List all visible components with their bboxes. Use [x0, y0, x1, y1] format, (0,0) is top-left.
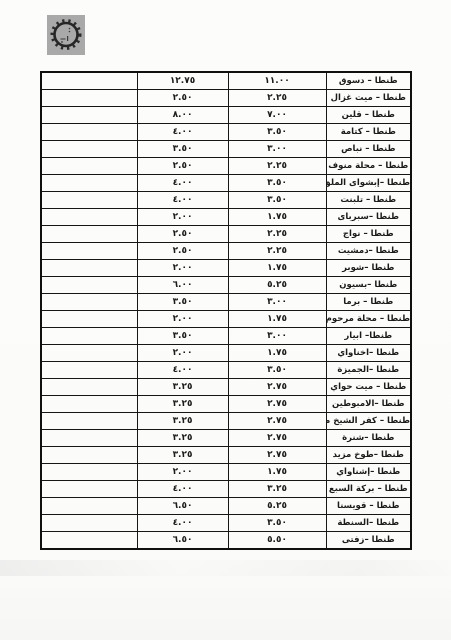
table-row: ٢.٠٠١.٧٥طنطا –سبرباى	[41, 209, 411, 226]
fare-low-cell: ٣.٥٠	[228, 175, 326, 192]
fare-high-cell: ٣.٥٠	[137, 328, 228, 345]
notes-cell	[41, 498, 137, 515]
table-row: ٤.٠٠٣.٥٠طنطا – تلبنت	[41, 192, 411, 209]
notes-cell	[41, 209, 137, 226]
notes-cell	[41, 260, 137, 277]
fare-low-cell: ٥.٥٠	[228, 532, 326, 550]
fare-low-cell: ٣.٠٠	[228, 294, 326, 311]
table-row: ٤.٠٠٣.٥٠طنطا –الجميزة	[41, 362, 411, 379]
table-row: ٣.٢٥٢.٧٥طنطا –الامبوطين	[41, 396, 411, 413]
gear-emblem-icon	[47, 15, 85, 55]
fare-low-cell: ٢.٧٥	[228, 447, 326, 464]
route-cell: طنطا –السنطة	[326, 515, 411, 532]
fare-high-cell: ٣.٢٥	[137, 413, 228, 430]
fare-high-cell: ٨.٠٠	[137, 107, 228, 124]
notes-cell	[41, 413, 137, 430]
table-row: ٦.٥٠٥.٥٠طنطا –زفتى	[41, 532, 411, 550]
route-cell: طنطا – تلبنت	[326, 192, 411, 209]
fare-low-cell: ٣.٠٠	[228, 328, 326, 345]
scanned-document-page: ١٢.٧٥١١.٠٠طنطا – دسوق٢.٥٠٢.٢٥طنطا – ميت …	[0, 0, 451, 640]
notes-cell	[41, 72, 137, 90]
fare-high-cell: ٤.٠٠	[137, 362, 228, 379]
fare-high-cell: ٣.٥٠	[137, 294, 228, 311]
fare-high-cell: ٤.٠٠	[137, 175, 228, 192]
table-row: ٤.٠٠٣.٥٠طنطا – كتامة	[41, 124, 411, 141]
fare-high-cell: ٣.٢٥	[137, 447, 228, 464]
route-cell: طنطا – كتامة	[326, 124, 411, 141]
route-cell: طنطا – قلين	[326, 107, 411, 124]
fare-high-cell: ٢.٠٠	[137, 345, 228, 362]
notes-cell	[41, 515, 137, 532]
fare-high-cell: ٢.٥٠	[137, 158, 228, 175]
fare-low-cell: ١.٧٥	[228, 464, 326, 481]
notes-cell	[41, 464, 137, 481]
table-row: ٢.٥٠٢.٢٥طنطا – نواج	[41, 226, 411, 243]
table-row: ٤.٠٠٣.٢٥طنطا – بركة السبع	[41, 481, 411, 498]
notes-cell	[41, 175, 137, 192]
fares-table-body: ١٢.٧٥١١.٠٠طنطا – دسوق٢.٥٠٢.٢٥طنطا – ميت …	[41, 72, 411, 549]
route-cell: طنطا –إبشواى الملق	[326, 175, 411, 192]
fare-high-cell: ٤.٠٠	[137, 192, 228, 209]
route-cell: طنطا– ابيار	[326, 328, 411, 345]
fare-high-cell: ٦.٥٠	[137, 532, 228, 550]
table-row: ٣.٢٥٢.٧٥طنطا – كفر الشيخ مفتاح	[41, 413, 411, 430]
route-cell: طنطا – محلة مرحوم	[326, 311, 411, 328]
notes-cell	[41, 192, 137, 209]
table-row: ٤.٠٠٣.٥٠طنطا –السنطة	[41, 515, 411, 532]
notes-cell	[41, 430, 137, 447]
table-row: ٣.٥٠٣.٠٠طنطا – نباص	[41, 141, 411, 158]
stamp-logo	[47, 15, 85, 55]
fare-high-cell: ٢.٠٠	[137, 209, 228, 226]
notes-cell	[41, 243, 137, 260]
fare-high-cell: ٢.٠٠	[137, 260, 228, 277]
table-row: ٢.٠٠١.٧٥طنطا – محلة مرحوم	[41, 311, 411, 328]
table-row: ٣.٢٥٢.٧٥طنطا – ميت حواي	[41, 379, 411, 396]
route-cell: طنطا – محلة منوف	[326, 158, 411, 175]
table-row: ٦.٥٠٥.٢٥طنطا – قويسنا	[41, 498, 411, 515]
notes-cell	[41, 311, 137, 328]
table-row: ١٢.٧٥١١.٠٠طنطا – دسوق	[41, 72, 411, 90]
route-cell: طنطا –دمشيت	[326, 243, 411, 260]
fare-high-cell: ٤.٠٠	[137, 124, 228, 141]
table-row: ٦.٠٠٥.٢٥طنطا –بسيون	[41, 277, 411, 294]
scan-artifact	[0, 560, 451, 576]
notes-cell	[41, 294, 137, 311]
route-cell: طنطا – نباص	[326, 141, 411, 158]
fare-low-cell: ٣.٠٠	[228, 141, 326, 158]
fare-low-cell: ٣.٥٠	[228, 515, 326, 532]
route-cell: طنطا – نواج	[326, 226, 411, 243]
route-cell: طنطا – كفر الشيخ مفتاح	[326, 413, 411, 430]
route-cell: طنطا – ميت حواي	[326, 379, 411, 396]
fare-high-cell: ٢.٠٠	[137, 464, 228, 481]
fare-high-cell: ٢.٠٠	[137, 311, 228, 328]
notes-cell	[41, 277, 137, 294]
fare-low-cell: ١.٧٥	[228, 209, 326, 226]
notes-cell	[41, 447, 137, 464]
fare-high-cell: ٤.٠٠	[137, 481, 228, 498]
fare-high-cell: ٢.٥٠	[137, 90, 228, 107]
route-cell: طنطا –الامبوطين	[326, 396, 411, 413]
fare-low-cell: ٢.٧٥	[228, 379, 326, 396]
fare-low-cell: ٣.٢٥	[228, 481, 326, 498]
notes-cell	[41, 158, 137, 175]
fares-table: ١٢.٧٥١١.٠٠طنطا – دسوق٢.٥٠٢.٢٥طنطا – ميت …	[40, 71, 412, 550]
table-row: ٣.٢٥٢.٧٥طنطا –طوخ مزيد	[41, 447, 411, 464]
fare-high-cell: ٣.٢٥	[137, 430, 228, 447]
fare-low-cell: ٣.٥٠	[228, 124, 326, 141]
fare-low-cell: ٢.٧٥	[228, 396, 326, 413]
fare-low-cell: ١.٧٥	[228, 260, 326, 277]
fare-low-cell: ٢.٧٥	[228, 430, 326, 447]
notes-cell	[41, 345, 137, 362]
notes-cell	[41, 379, 137, 396]
route-cell: طنطا –شنرة	[326, 430, 411, 447]
table-row: ٢.٥٠٢.٢٥طنطا – ميت غزال	[41, 90, 411, 107]
route-cell: طنطا – برما	[326, 294, 411, 311]
route-cell: طنطا –اخناواي	[326, 345, 411, 362]
fare-high-cell: ١٢.٧٥	[137, 72, 228, 90]
fare-low-cell: ٢.٢٥	[228, 158, 326, 175]
fare-high-cell: ٢.٥٠	[137, 243, 228, 260]
fare-high-cell: ٦.٥٠	[137, 498, 228, 515]
fare-low-cell: ٢.٧٥	[228, 413, 326, 430]
fare-high-cell: ٢.٥٠	[137, 226, 228, 243]
route-cell: طنطا – بركة السبع	[326, 481, 411, 498]
fare-high-cell: ٤.٠٠	[137, 515, 228, 532]
table-row: ٣.٢٥٢.٧٥طنطا –شنرة	[41, 430, 411, 447]
notes-cell	[41, 532, 137, 550]
fare-low-cell: ٣.٥٠	[228, 362, 326, 379]
table-row: ٢.٠٠١.٧٥طنطا –إشناواي	[41, 464, 411, 481]
notes-cell	[41, 396, 137, 413]
table-row: ٢.٥٠٢.٢٥طنطا –دمشيت	[41, 243, 411, 260]
route-cell: طنطا –طوخ مزيد	[326, 447, 411, 464]
route-cell: طنطا – ميت غزال	[326, 90, 411, 107]
notes-cell	[41, 226, 137, 243]
notes-cell	[41, 107, 137, 124]
route-cell: طنطا – دسوق	[326, 72, 411, 90]
notes-cell	[41, 124, 137, 141]
table-row: ٢.٠٠١.٧٥طنطا –اخناواي	[41, 345, 411, 362]
fare-high-cell: ٣.٢٥	[137, 396, 228, 413]
notes-cell	[41, 328, 137, 345]
route-cell: طنطا –سبرباى	[326, 209, 411, 226]
notes-cell	[41, 481, 137, 498]
notes-cell	[41, 141, 137, 158]
route-cell: طنطا –إشناواي	[326, 464, 411, 481]
fare-high-cell: ٣.٢٥	[137, 379, 228, 396]
table-row: ٣.٥٠٣.٠٠طنطا – برما	[41, 294, 411, 311]
notes-cell	[41, 362, 137, 379]
fare-low-cell: ١.٧٥	[228, 345, 326, 362]
fare-low-cell: ٧.٠٠	[228, 107, 326, 124]
fare-low-cell: ٢.٢٥	[228, 226, 326, 243]
fare-low-cell: ٣.٥٠	[228, 192, 326, 209]
fare-low-cell: ٥.٢٥	[228, 498, 326, 515]
route-cell: طنطا –بسيون	[326, 277, 411, 294]
route-cell: طنطا – قويسنا	[326, 498, 411, 515]
fare-low-cell: ١.٧٥	[228, 311, 326, 328]
table-row: ٣.٥٠٣.٠٠طنطا– ابيار	[41, 328, 411, 345]
table-row: ٤.٠٠٣.٥٠طنطا –إبشواى الملق	[41, 175, 411, 192]
route-cell: طنطا –الجميزة	[326, 362, 411, 379]
route-cell: طنطا –شوبر	[326, 260, 411, 277]
table-row: ٨.٠٠٧.٠٠طنطا – قلين	[41, 107, 411, 124]
fare-high-cell: ٦.٠٠	[137, 277, 228, 294]
fare-high-cell: ٣.٥٠	[137, 141, 228, 158]
fare-low-cell: ٥.٢٥	[228, 277, 326, 294]
fare-low-cell: ٢.٢٥	[228, 243, 326, 260]
fare-low-cell: ٢.٢٥	[228, 90, 326, 107]
table-row: ٢.٠٠١.٧٥طنطا –شوبر	[41, 260, 411, 277]
route-cell: طنطا –زفتى	[326, 532, 411, 550]
notes-cell	[41, 90, 137, 107]
table-row: ٢.٥٠٢.٢٥طنطا – محلة منوف	[41, 158, 411, 175]
fare-low-cell: ١١.٠٠	[228, 72, 326, 90]
